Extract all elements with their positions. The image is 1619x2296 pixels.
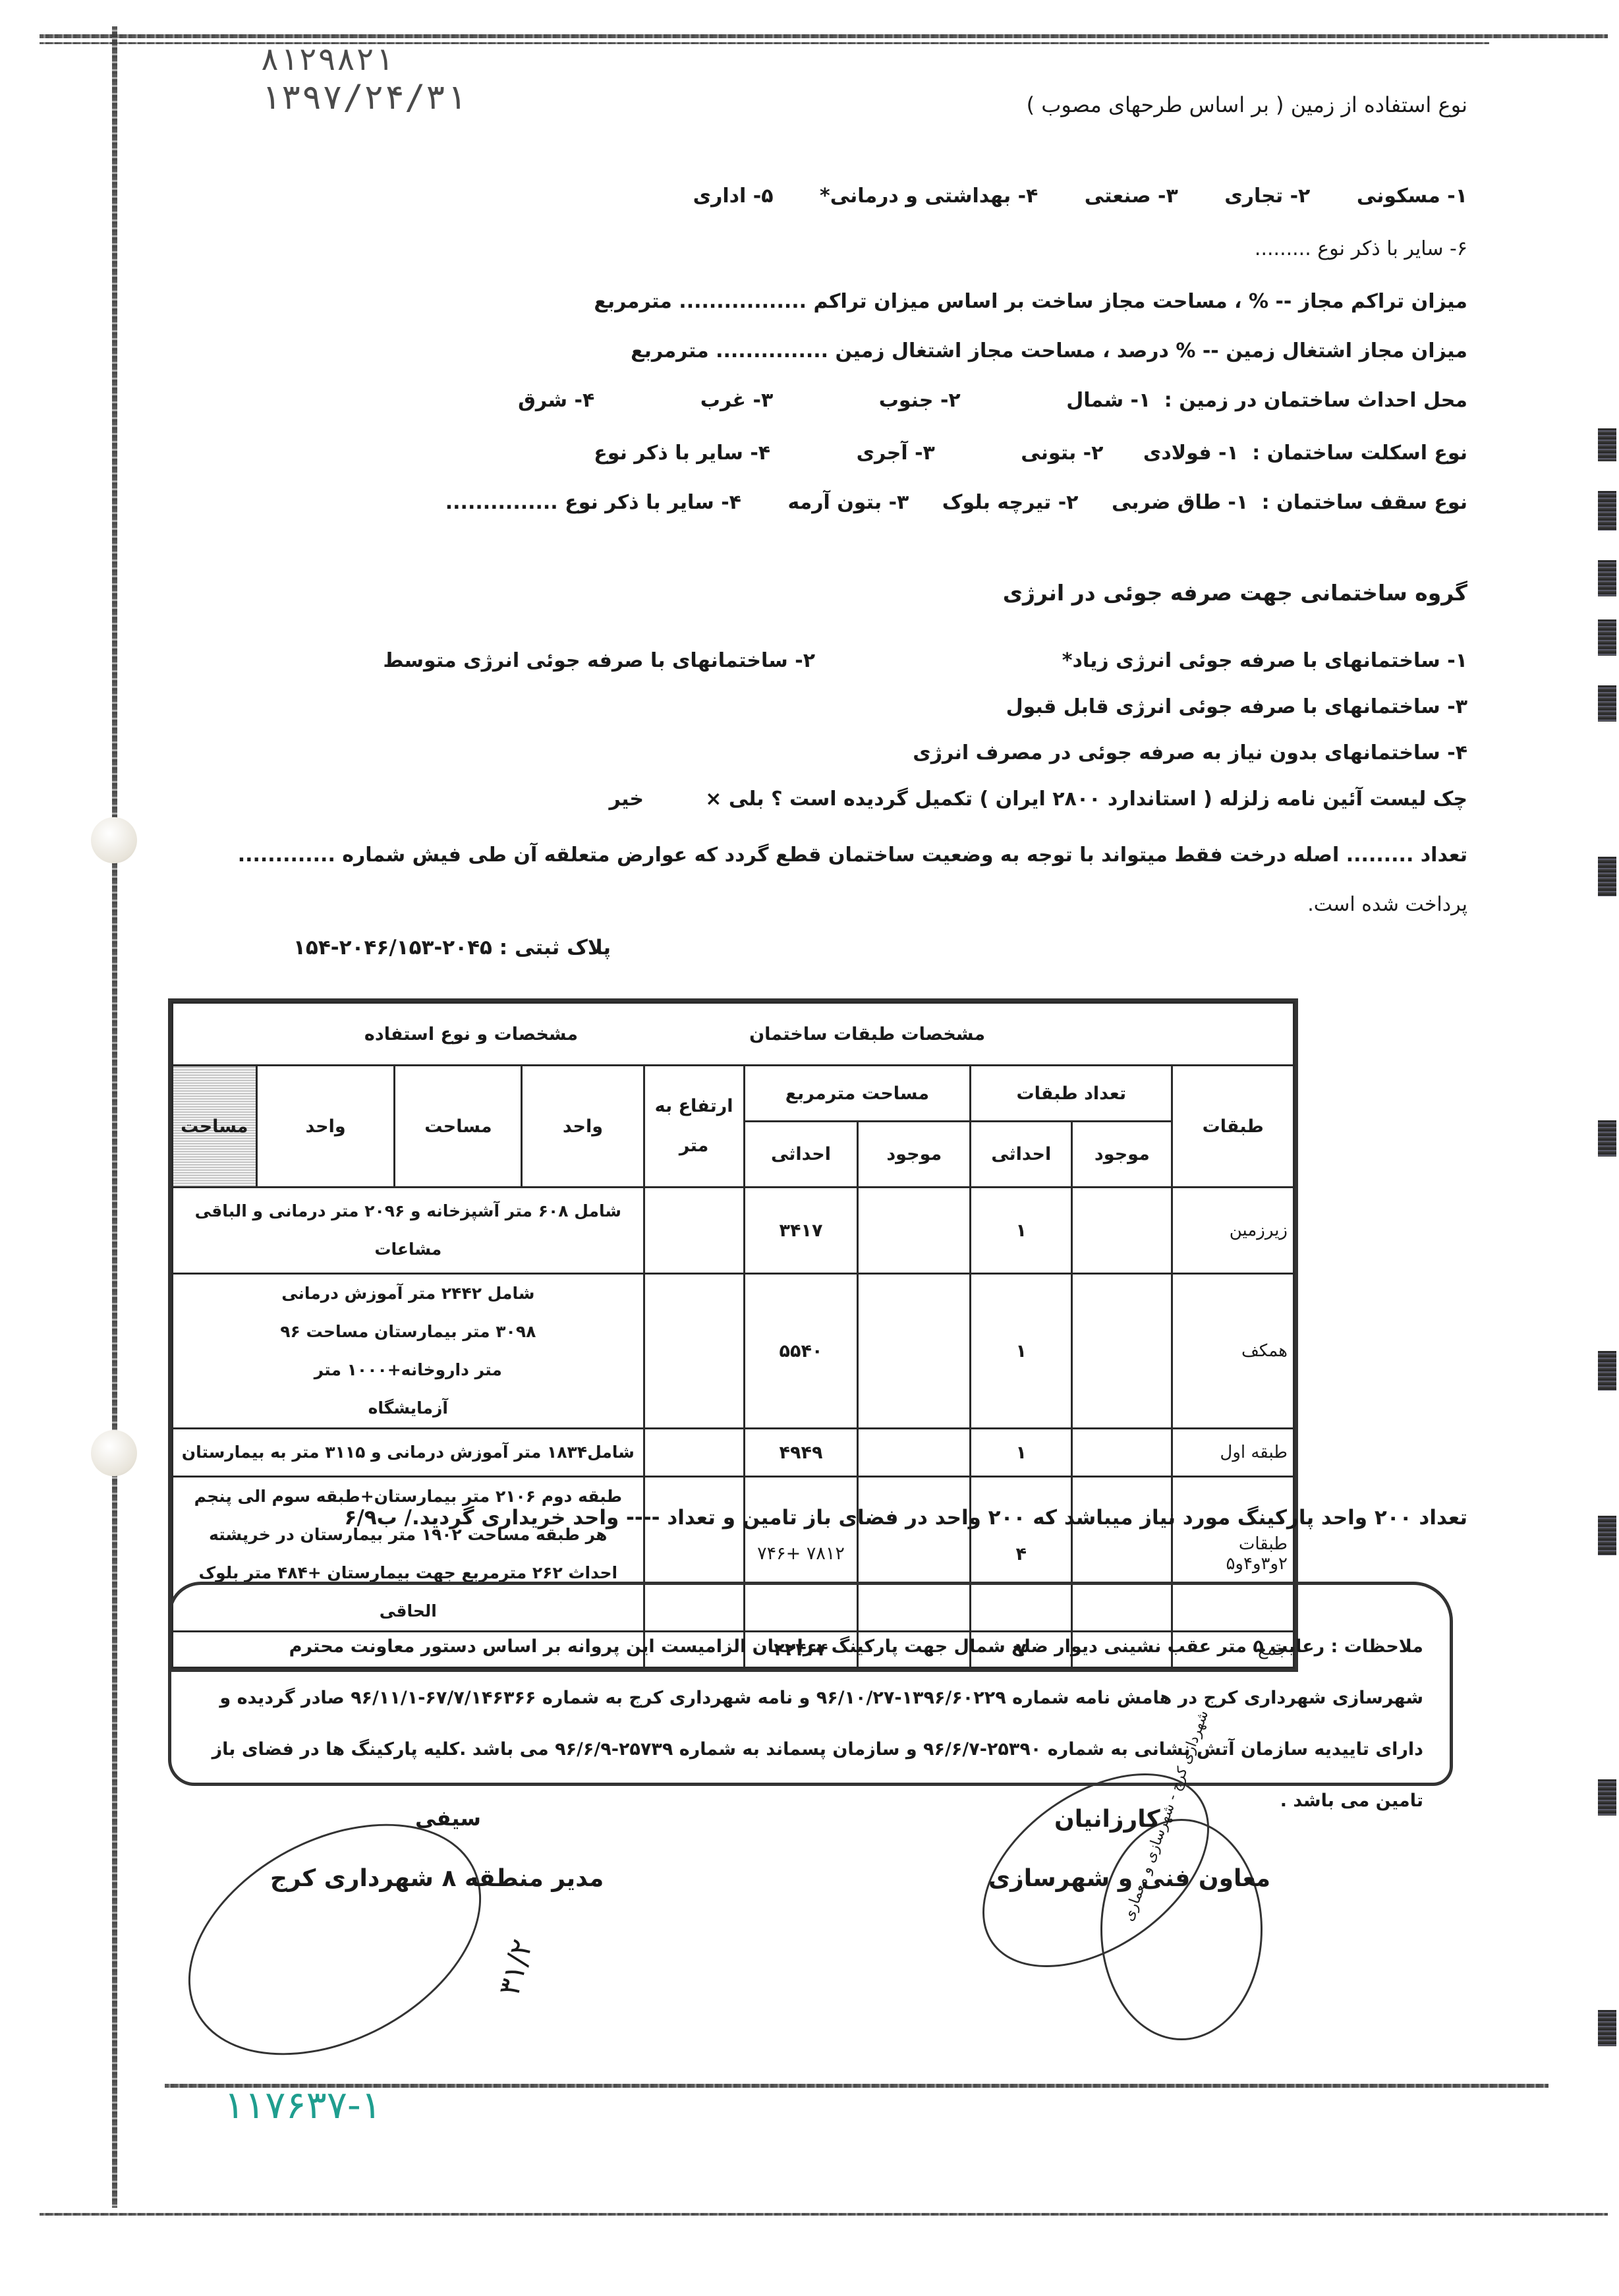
- signer-left-title: مدیر منطقه ۸ شهرداری کرج: [270, 1865, 604, 1892]
- skeleton-label: نوع اسکلت ساختمان :: [1252, 442, 1467, 465]
- official-stamp: [1100, 1819, 1263, 2040]
- page-edge-tab: [1598, 560, 1616, 596]
- energy-option-1: ۱- ساختمانهای با صرفه جوئی انرژی زیاد*: [1062, 649, 1467, 672]
- page-edge-tab: [1598, 1779, 1616, 1816]
- energy-title: گروه ساختمانی جهت صرفه جوئی در انرژی: [1003, 580, 1467, 606]
- group-header-floors-spec: مشخصات طبقات ساختمان: [644, 1003, 1293, 1066]
- page-edge-tab: [1598, 857, 1616, 896]
- skeleton-line: نوع اسکلت ساختمان : ۱- فولادی ۲- بتونی ۳…: [554, 442, 1467, 465]
- skeleton-steel: ۱- فولادی: [1143, 442, 1239, 465]
- cell-floor: زیرزمین: [1172, 1188, 1294, 1274]
- location-south: ۲- جنوب: [879, 389, 961, 412]
- cell-floor: همکف: [1172, 1274, 1294, 1429]
- roof-arch: ۱- طاق ضربی: [1112, 491, 1248, 514]
- page-edge-tab: [1598, 1120, 1616, 1157]
- option-residential: ۱- مسکونی: [1357, 185, 1467, 208]
- header-height: ارتفاع به متر: [644, 1066, 744, 1188]
- punch-hole-lower: [91, 1430, 137, 1476]
- cell-area-existing: [858, 1429, 971, 1477]
- trees-line: تعداد ......... اصله درخت فقط میتواند با…: [238, 844, 1467, 867]
- cell-area-new: ۳۴۱۷: [744, 1188, 858, 1274]
- cell-count-existing: [1072, 1274, 1172, 1429]
- handwritten-number-1: ۸۱۲۹۸۲۱: [260, 41, 393, 78]
- header-area-2: مساحت: [173, 1066, 257, 1188]
- roof-label: نوع سقف ساختمان :: [1262, 491, 1467, 514]
- cell-description: شامل ۲۴۴۲ متر آموزش درمانی ۳۰۹۸ متر بیما…: [173, 1274, 644, 1429]
- punch-hole-upper: [91, 817, 137, 863]
- page-edge-tab: [1598, 685, 1616, 722]
- table-row: زیرزمین ۱ ۳۴۱۷ شامل ۶۰۸ متر آشپزخانه و ۲…: [173, 1188, 1294, 1274]
- signer-left-name: سیفی: [415, 1806, 481, 1831]
- cell-floor: طبقه اول: [1172, 1429, 1294, 1477]
- header-area-existing: موجود: [858, 1122, 971, 1188]
- cell-count-new: ۱: [971, 1188, 1072, 1274]
- cell-count-existing: [1072, 1188, 1172, 1274]
- option-health-medical: ۴- بهداشتی و درمانی*: [820, 185, 1038, 208]
- skeleton-brick: ۳- آجری: [857, 442, 935, 465]
- parking-line: تعداد ۲۰۰ واحد پارکینگ مورد نیاز میباشد …: [345, 1506, 1468, 1530]
- header-unit-2: واحد: [256, 1066, 395, 1188]
- signer-left-handwritten: ۳۱/۲: [492, 1936, 539, 1999]
- scan-border-top-2: [40, 42, 1489, 44]
- scan-border-left: [112, 26, 117, 2208]
- roof-reinforced-concrete: ۳- بتون آرمه: [787, 491, 909, 514]
- land-use-title: نوع استفاده از زمین ( بر اساس طرحهای مصو…: [1027, 92, 1467, 117]
- location-line: محل احداث ساختمان در زمین : ۱- شمال ۲- ج…: [478, 389, 1467, 412]
- land-use-options: ۱- مسکونی ۲- تجاری ۳- صنعتی ۴- بهداشتی و…: [654, 185, 1467, 208]
- cell-count-new: ۱: [971, 1274, 1072, 1429]
- land-use-other: ۶- سایر با ذکر نوع .........: [1255, 237, 1467, 260]
- building-floors-table: مشخصات طبقات ساختمان مشخصات و نوع استفاد…: [168, 998, 1298, 1672]
- page-edge-tab: [1598, 491, 1616, 531]
- option-administrative: ۵- اداری: [693, 185, 774, 208]
- registration-plate: پلاک ثبتی : ۲۰۴۵-۲۰۴۶/۱۵۳-۱۵۴: [293, 936, 611, 960]
- header-count-new: احداثی: [971, 1122, 1072, 1188]
- earthquake-no: خیر: [609, 788, 644, 811]
- location-label: محل احداث ساختمان در زمین :: [1164, 389, 1467, 412]
- scan-border-top: [40, 34, 1608, 38]
- cell-count-existing: [1072, 1429, 1172, 1477]
- header-floor-count: تعداد طبقات: [971, 1066, 1172, 1122]
- handwritten-date: ۱۳۹۷/۲۴/۳۱: [260, 78, 467, 117]
- roof-joist-block: ۲- تیرچه بلوک: [942, 491, 1079, 514]
- header-area-1: مساحت: [395, 1066, 522, 1188]
- cell-area-existing: [858, 1274, 971, 1429]
- roof-line: نوع سقف ساختمان : ۱- طاق ضربی ۲- تیرچه ب…: [406, 491, 1467, 514]
- notes-box: ملاحظات : رعایت ۵ متر عقب نشینی دیوار ضل…: [168, 1582, 1453, 1786]
- cell-area-existing: [858, 1188, 971, 1274]
- header-area-new: احداثی: [744, 1122, 858, 1188]
- earthquake-checklist: چک لیست آئین نامه زلزله ( استاندارد ۲۸۰۰…: [705, 788, 1467, 811]
- trees-paid: پرداخت شده است.: [1307, 893, 1467, 916]
- cell-height: [644, 1188, 744, 1274]
- page-edge-tab: [1598, 1351, 1616, 1391]
- table-row: همکف ۱ ۵۵۴۰ شامل ۲۴۴۲ متر آموزش درمانی ۳…: [173, 1274, 1294, 1429]
- page-edge-tab: [1598, 2010, 1616, 2046]
- page-edge-tab: [1598, 1516, 1616, 1555]
- roof-other: ۴- سایر با ذکر نوع ...............: [445, 491, 741, 514]
- cell-height: [644, 1274, 744, 1429]
- energy-option-2: ۲- ساختمانهای با صرفه جوئی انرژی متوسط: [383, 649, 815, 672]
- location-west: ۳- غرب: [700, 389, 774, 412]
- notes-label: ملاحظات :: [1331, 1636, 1423, 1657]
- density-line: میزان تراکم مجاز -- % ، مساحت مجاز ساخت …: [594, 290, 1467, 313]
- location-north: ۱- شمال: [1066, 389, 1150, 412]
- archive-number-stamp: ۱۱۷۶۳۷-۱: [224, 2082, 382, 2127]
- page-edge-tab: [1598, 619, 1616, 656]
- occupancy-line: میزان مجاز اشتغال زمین -- % درصد ، مساحت…: [631, 339, 1467, 362]
- header-unit-1: واحد: [522, 1066, 644, 1188]
- cell-description: شامل ۶۰۸ متر آشپزخانه و ۲۰۹۶ متر درمانی …: [173, 1188, 644, 1274]
- option-industrial: ۳- صنعتی: [1085, 185, 1178, 208]
- signer-right-title: معاون فنی و شهرسازی: [988, 1865, 1270, 1892]
- energy-option-3: ۳- ساختمانهای با صرفه جوئی انرژی قابل قب…: [1006, 695, 1467, 718]
- notes-text: رعایت ۵ متر عقب نشینی دیوار ضلع شمال جهت…: [212, 1636, 1423, 1811]
- cell-area-new: ۵۵۴۰: [744, 1274, 858, 1429]
- scan-border-bottom-2: [40, 2213, 1608, 2216]
- location-east: ۴- شرق: [518, 389, 594, 412]
- skeleton-other: ۴- سایر با ذکر نوع: [594, 442, 770, 465]
- header-count-existing: موجود: [1072, 1122, 1172, 1188]
- cell-area-new: ۴۹۴۹: [744, 1429, 858, 1477]
- header-floors: طبقات: [1172, 1066, 1294, 1188]
- cell-description: شامل۱۸۳۴ متر آموزش درمانی و ۳۱۱۵ متر به …: [173, 1429, 644, 1477]
- notes-content: ملاحظات : رعایت ۵ متر عقب نشینی دیوار ضل…: [198, 1621, 1423, 1827]
- cell-count-new: ۱: [971, 1429, 1072, 1477]
- skeleton-concrete: ۲- بتونی: [1021, 442, 1103, 465]
- option-commercial: ۲- تجاری: [1224, 185, 1310, 208]
- table-row: طبقه اول ۱ ۴۹۴۹ شامل۱۸۳۴ متر آموزش درمان…: [173, 1429, 1294, 1477]
- group-header-usage-spec: مشخصات و نوع استفاده: [173, 1003, 644, 1066]
- energy-option-4: ۴- ساختمانهای بدون نیاز به صرفه جوئی در …: [913, 741, 1467, 764]
- signer-right-name: کارزانیان: [1054, 1806, 1160, 1833]
- cell-height: [644, 1429, 744, 1477]
- header-area-sqm: مساحت مترمربع: [744, 1066, 971, 1122]
- page-edge-tab: [1598, 428, 1616, 461]
